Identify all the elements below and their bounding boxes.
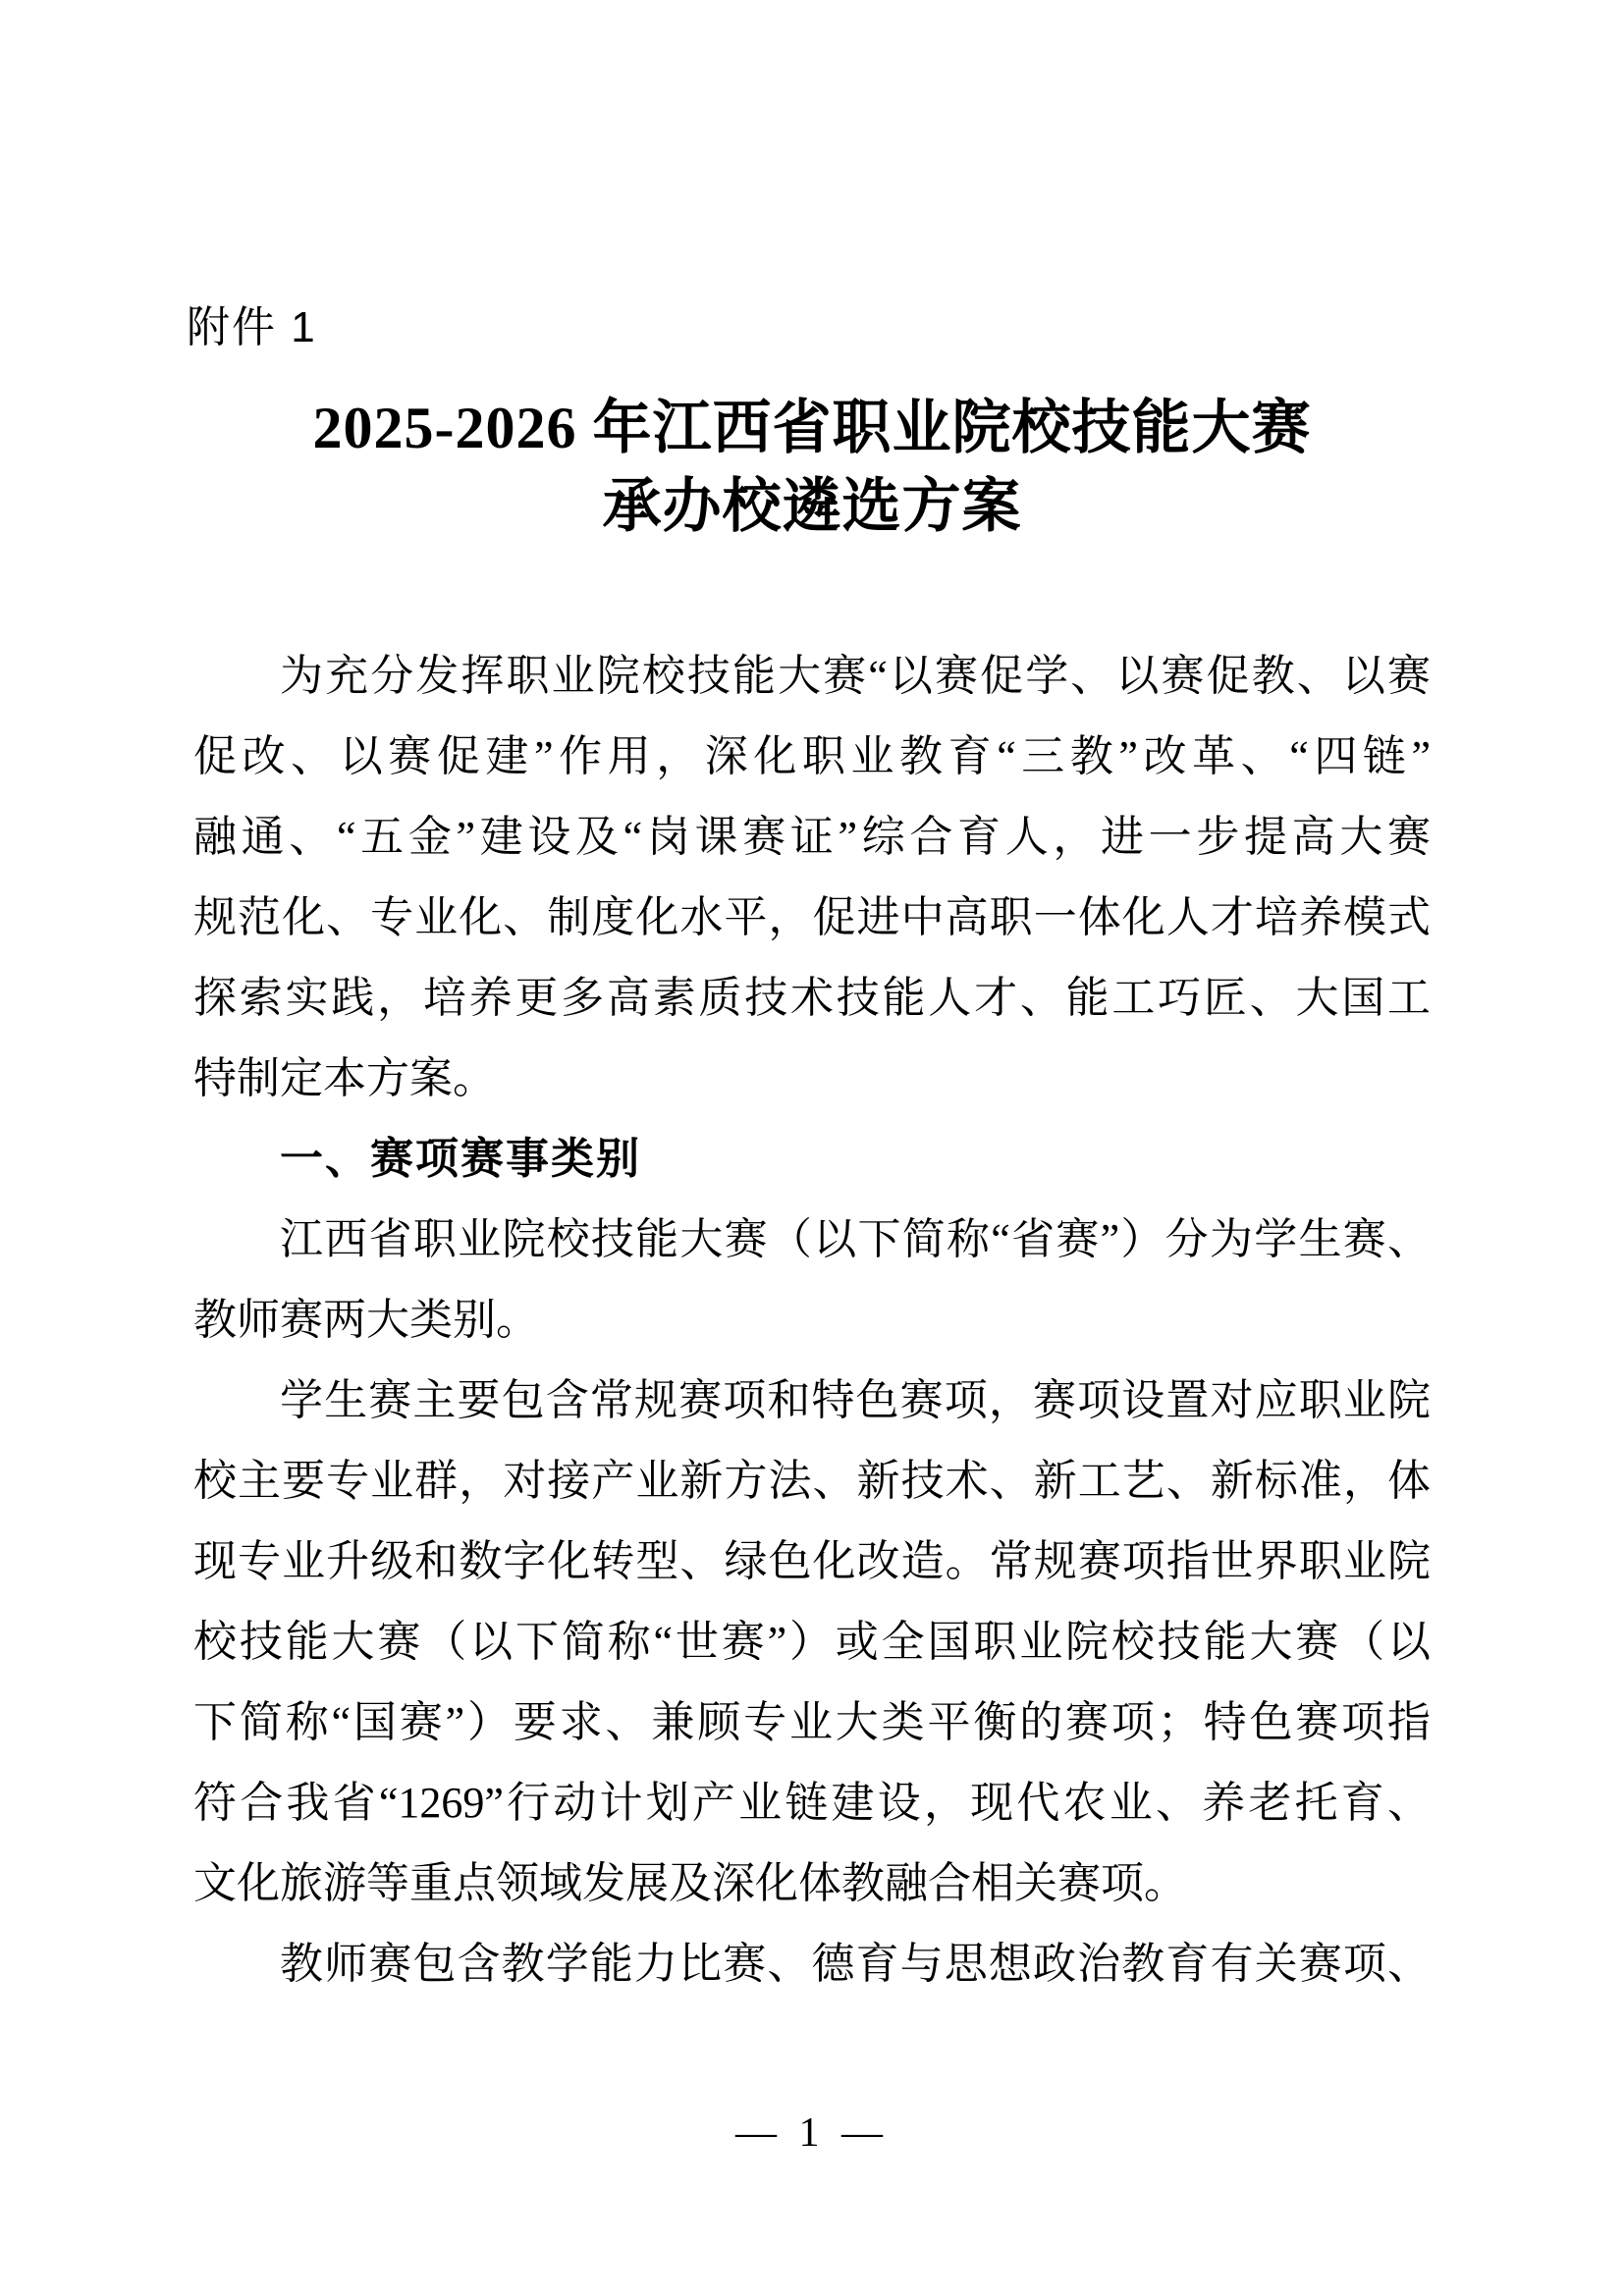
document-page: 附件 1 2025-2026 年江西省职业院校技能大赛 承办校遴选方案 为充分发… — [0, 0, 1624, 2296]
section-heading-1: 一、赛项赛事类别 — [193, 1119, 1431, 1200]
text-line: 探索实践，培养更多高素质技术技能人才、能工巧匠、大国工匠， — [193, 958, 1431, 1039]
paragraph-3: 学生赛主要包含常规赛项和特色赛项，赛项设置对应职业院 校主要专业群，对接产业新方… — [193, 1361, 1431, 1924]
text-line: 校主要专业群，对接产业新方法、新技术、新工艺、新标准，体 — [193, 1441, 1431, 1522]
document-title: 2025-2026 年江西省职业院校技能大赛 承办校遴选方案 — [0, 389, 1624, 546]
paragraph-2: 江西省职业院校技能大赛（以下简称“省赛”）分为学生赛、 教师赛两大类别。 — [193, 1200, 1431, 1361]
document-body: 为充分发挥职业院校技能大赛“以赛促学、以赛促教、以赛 促改、以赛促建”作用，深化… — [193, 636, 1431, 2004]
text-line: 特制定本方案。 — [193, 1039, 1431, 1119]
text-line: 教师赛包含教学能力比赛、德育与思想政治教育有关赛项、 — [193, 1924, 1431, 2004]
text-line: 教师赛两大类别。 — [193, 1280, 1431, 1361]
document-title-line-2: 承办校遴选方案 — [0, 467, 1624, 546]
text-line: 融通、“五金”建设及“岗课赛证”综合育人，进一步提高大赛 — [193, 797, 1431, 878]
text-line: 学生赛主要包含常规赛项和特色赛项，赛项设置对应职业院 — [193, 1361, 1431, 1441]
text-line: 校技能大赛（以下简称“世赛”）或全国职业院校技能大赛（以 — [193, 1602, 1431, 1682]
text-line: 江西省职业院校技能大赛（以下简称“省赛”）分为学生赛、 — [193, 1200, 1431, 1280]
document-title-line-1: 2025-2026 年江西省职业院校技能大赛 — [0, 389, 1624, 467]
page-number: — 1 — — [0, 2109, 1624, 2158]
text-line: 为充分发挥职业院校技能大赛“以赛促学、以赛促教、以赛 — [193, 636, 1431, 717]
attachment-label: 附件 1 — [187, 302, 317, 353]
text-line: 符合我省“1269”行动计划产业链建设，现代农业、养老托育、 — [193, 1763, 1431, 1843]
paragraph-4: 教师赛包含教学能力比赛、德育与思想政治教育有关赛项、 — [193, 1924, 1431, 2004]
text-line: 下简称“国赛”）要求、兼顾专业大类平衡的赛项；特色赛项指 — [193, 1682, 1431, 1763]
text-line: 促改、以赛促建”作用，深化职业教育“三教”改革、“四链” — [193, 717, 1431, 797]
paragraph-1: 为充分发挥职业院校技能大赛“以赛促学、以赛促教、以赛 促改、以赛促建”作用，深化… — [193, 636, 1431, 1119]
text-line: 规范化、专业化、制度化水平，促进中高职一体化人才培养模式 — [193, 878, 1431, 958]
text-line: 现专业升级和数字化转型、绿色化改造。常规赛项指世界职业院 — [193, 1522, 1431, 1602]
text-line: 文化旅游等重点领域发展及深化体教融合相关赛项。 — [193, 1843, 1431, 1924]
